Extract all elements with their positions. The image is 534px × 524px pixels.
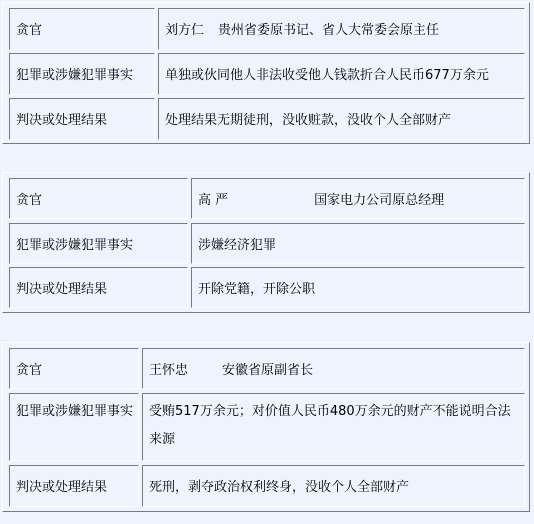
label-text: 判决或处理结果 bbox=[16, 282, 107, 297]
value-crime-facts: 单独或伙同他人非法收受他人钱款折合人民币677万余元 bbox=[158, 53, 525, 95]
official-name: 高 严 bbox=[198, 193, 228, 208]
value-verdict: 死刑，剥夺政治权利终身，没收个人全部财产 bbox=[142, 465, 525, 507]
official-name: 王怀忠 bbox=[149, 363, 188, 378]
crime-facts-text: 涉嫌经济犯罪 bbox=[198, 238, 276, 253]
label-text: 犯罪或涉嫌犯罪事实 bbox=[16, 238, 133, 253]
official-title: 贵州省委原书记、省人大常委会原主任 bbox=[218, 23, 439, 38]
label-official: 贪官 bbox=[9, 8, 155, 50]
crime-facts-text: 单独或伙同他人非法收受他人钱款折合人民币677万余元 bbox=[165, 68, 489, 83]
label-verdict: 判决或处理结果 bbox=[9, 465, 139, 507]
verdict-text: 处理结果无期徒刑，没收赃款，没收个人全部财产 bbox=[165, 113, 451, 128]
label-verdict: 判决或处理结果 bbox=[9, 98, 155, 140]
label-verdict: 判决或处理结果 bbox=[9, 267, 188, 308]
label-crime-facts: 犯罪或涉嫌犯罪事实 bbox=[9, 223, 188, 264]
label-text: 判决或处理结果 bbox=[16, 113, 107, 128]
value-verdict: 处理结果无期徒刑，没收赃款，没收个人全部财产 bbox=[158, 98, 525, 140]
label-text: 贪官 bbox=[16, 193, 42, 208]
label-crime-facts: 犯罪或涉嫌犯罪事实 bbox=[9, 393, 139, 461]
official-title: 安徽省原副省长 bbox=[222, 363, 313, 378]
official-name: 刘方仁 bbox=[165, 23, 204, 38]
label-text: 犯罪或涉嫌犯罪事实 bbox=[16, 404, 133, 419]
label-official: 贪官 bbox=[9, 348, 139, 389]
value-verdict: 开除党籍，开除公职 bbox=[191, 267, 525, 308]
verdict-text: 开除党籍，开除公职 bbox=[198, 282, 315, 297]
crime-facts-text: 受贿517万余元；对价值人民币480万余元的财产不能说明合法来源 bbox=[149, 404, 511, 447]
record-table-1: 贪官 刘方仁贵州省委原书记、省人大常委会原主任 犯罪或涉嫌犯罪事实 单独或伙同他… bbox=[2, 2, 530, 144]
label-text: 贪官 bbox=[16, 23, 42, 38]
record-table-2: 贪官 高 严国家电力公司原总经理 犯罪或涉嫌犯罪事实 涉嫌经济犯罪 判决或处理结… bbox=[2, 172, 530, 313]
official-title: 国家电力公司原总经理 bbox=[314, 193, 444, 208]
value-official: 刘方仁贵州省委原书记、省人大常委会原主任 bbox=[158, 8, 525, 50]
label-text: 判决或处理结果 bbox=[16, 480, 107, 495]
record-table-3: 贪官 王怀忠安徽省原副省长 犯罪或涉嫌犯罪事实 受贿517万余元；对价值人民币4… bbox=[2, 342, 530, 512]
value-official: 王怀忠安徽省原副省长 bbox=[142, 348, 525, 389]
label-text: 贪官 bbox=[16, 363, 42, 378]
label-crime-facts: 犯罪或涉嫌犯罪事实 bbox=[9, 53, 155, 95]
value-official: 高 严国家电力公司原总经理 bbox=[191, 178, 525, 219]
verdict-text: 死刑，剥夺政治权利终身，没收个人全部财产 bbox=[149, 480, 409, 495]
label-official: 贪官 bbox=[9, 178, 188, 219]
value-crime-facts: 受贿517万余元；对价值人民币480万余元的财产不能说明合法来源 bbox=[142, 393, 525, 461]
label-text: 犯罪或涉嫌犯罪事实 bbox=[16, 68, 133, 83]
value-crime-facts: 涉嫌经济犯罪 bbox=[191, 223, 525, 264]
